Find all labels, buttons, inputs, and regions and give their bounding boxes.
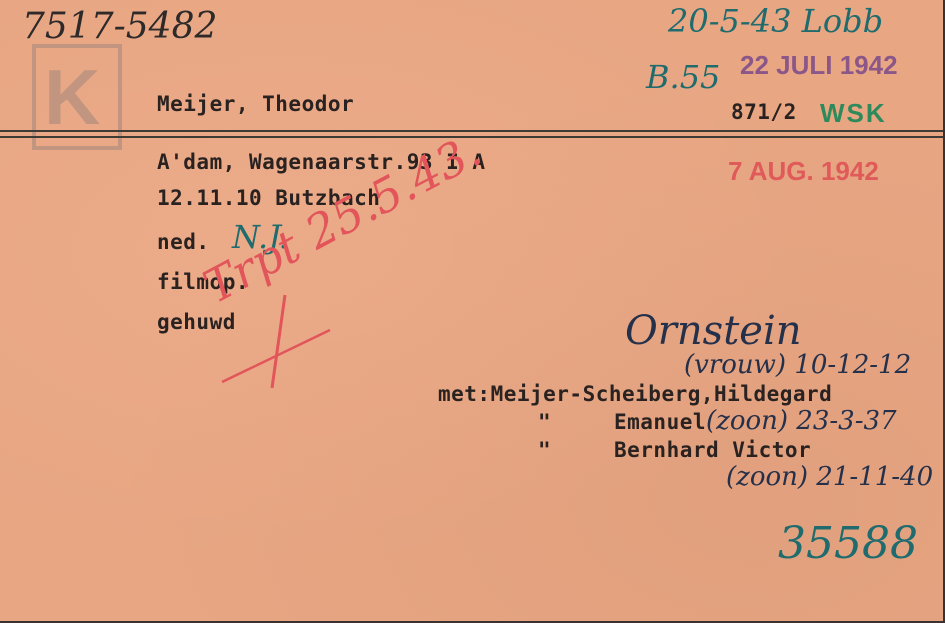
family-line-spouse: met:Meijer-Scheiberg,Hildegard bbox=[438, 382, 832, 406]
family-line-prefix: " bbox=[538, 410, 551, 434]
family-line-son-2: Bernhard Victor bbox=[614, 438, 811, 462]
spouse-handwritten-name: Ornstein bbox=[625, 308, 802, 354]
son-1-handwritten-note: (zoon) 23-3-37 bbox=[706, 406, 897, 436]
spouse-handwritten-note: (vrouw) 10-12-12 bbox=[684, 350, 911, 380]
index-card: 7517-5482 K Meijer, Theodor 20-5-43 Lobb… bbox=[0, 0, 945, 623]
family-line-son-1: Emanuel bbox=[614, 410, 706, 434]
handwritten-bottom-number: 35588 bbox=[778, 518, 918, 569]
son-2-handwritten-note: (zoon) 21-11-40 bbox=[726, 462, 933, 492]
family-line-prefix: " bbox=[538, 438, 551, 462]
